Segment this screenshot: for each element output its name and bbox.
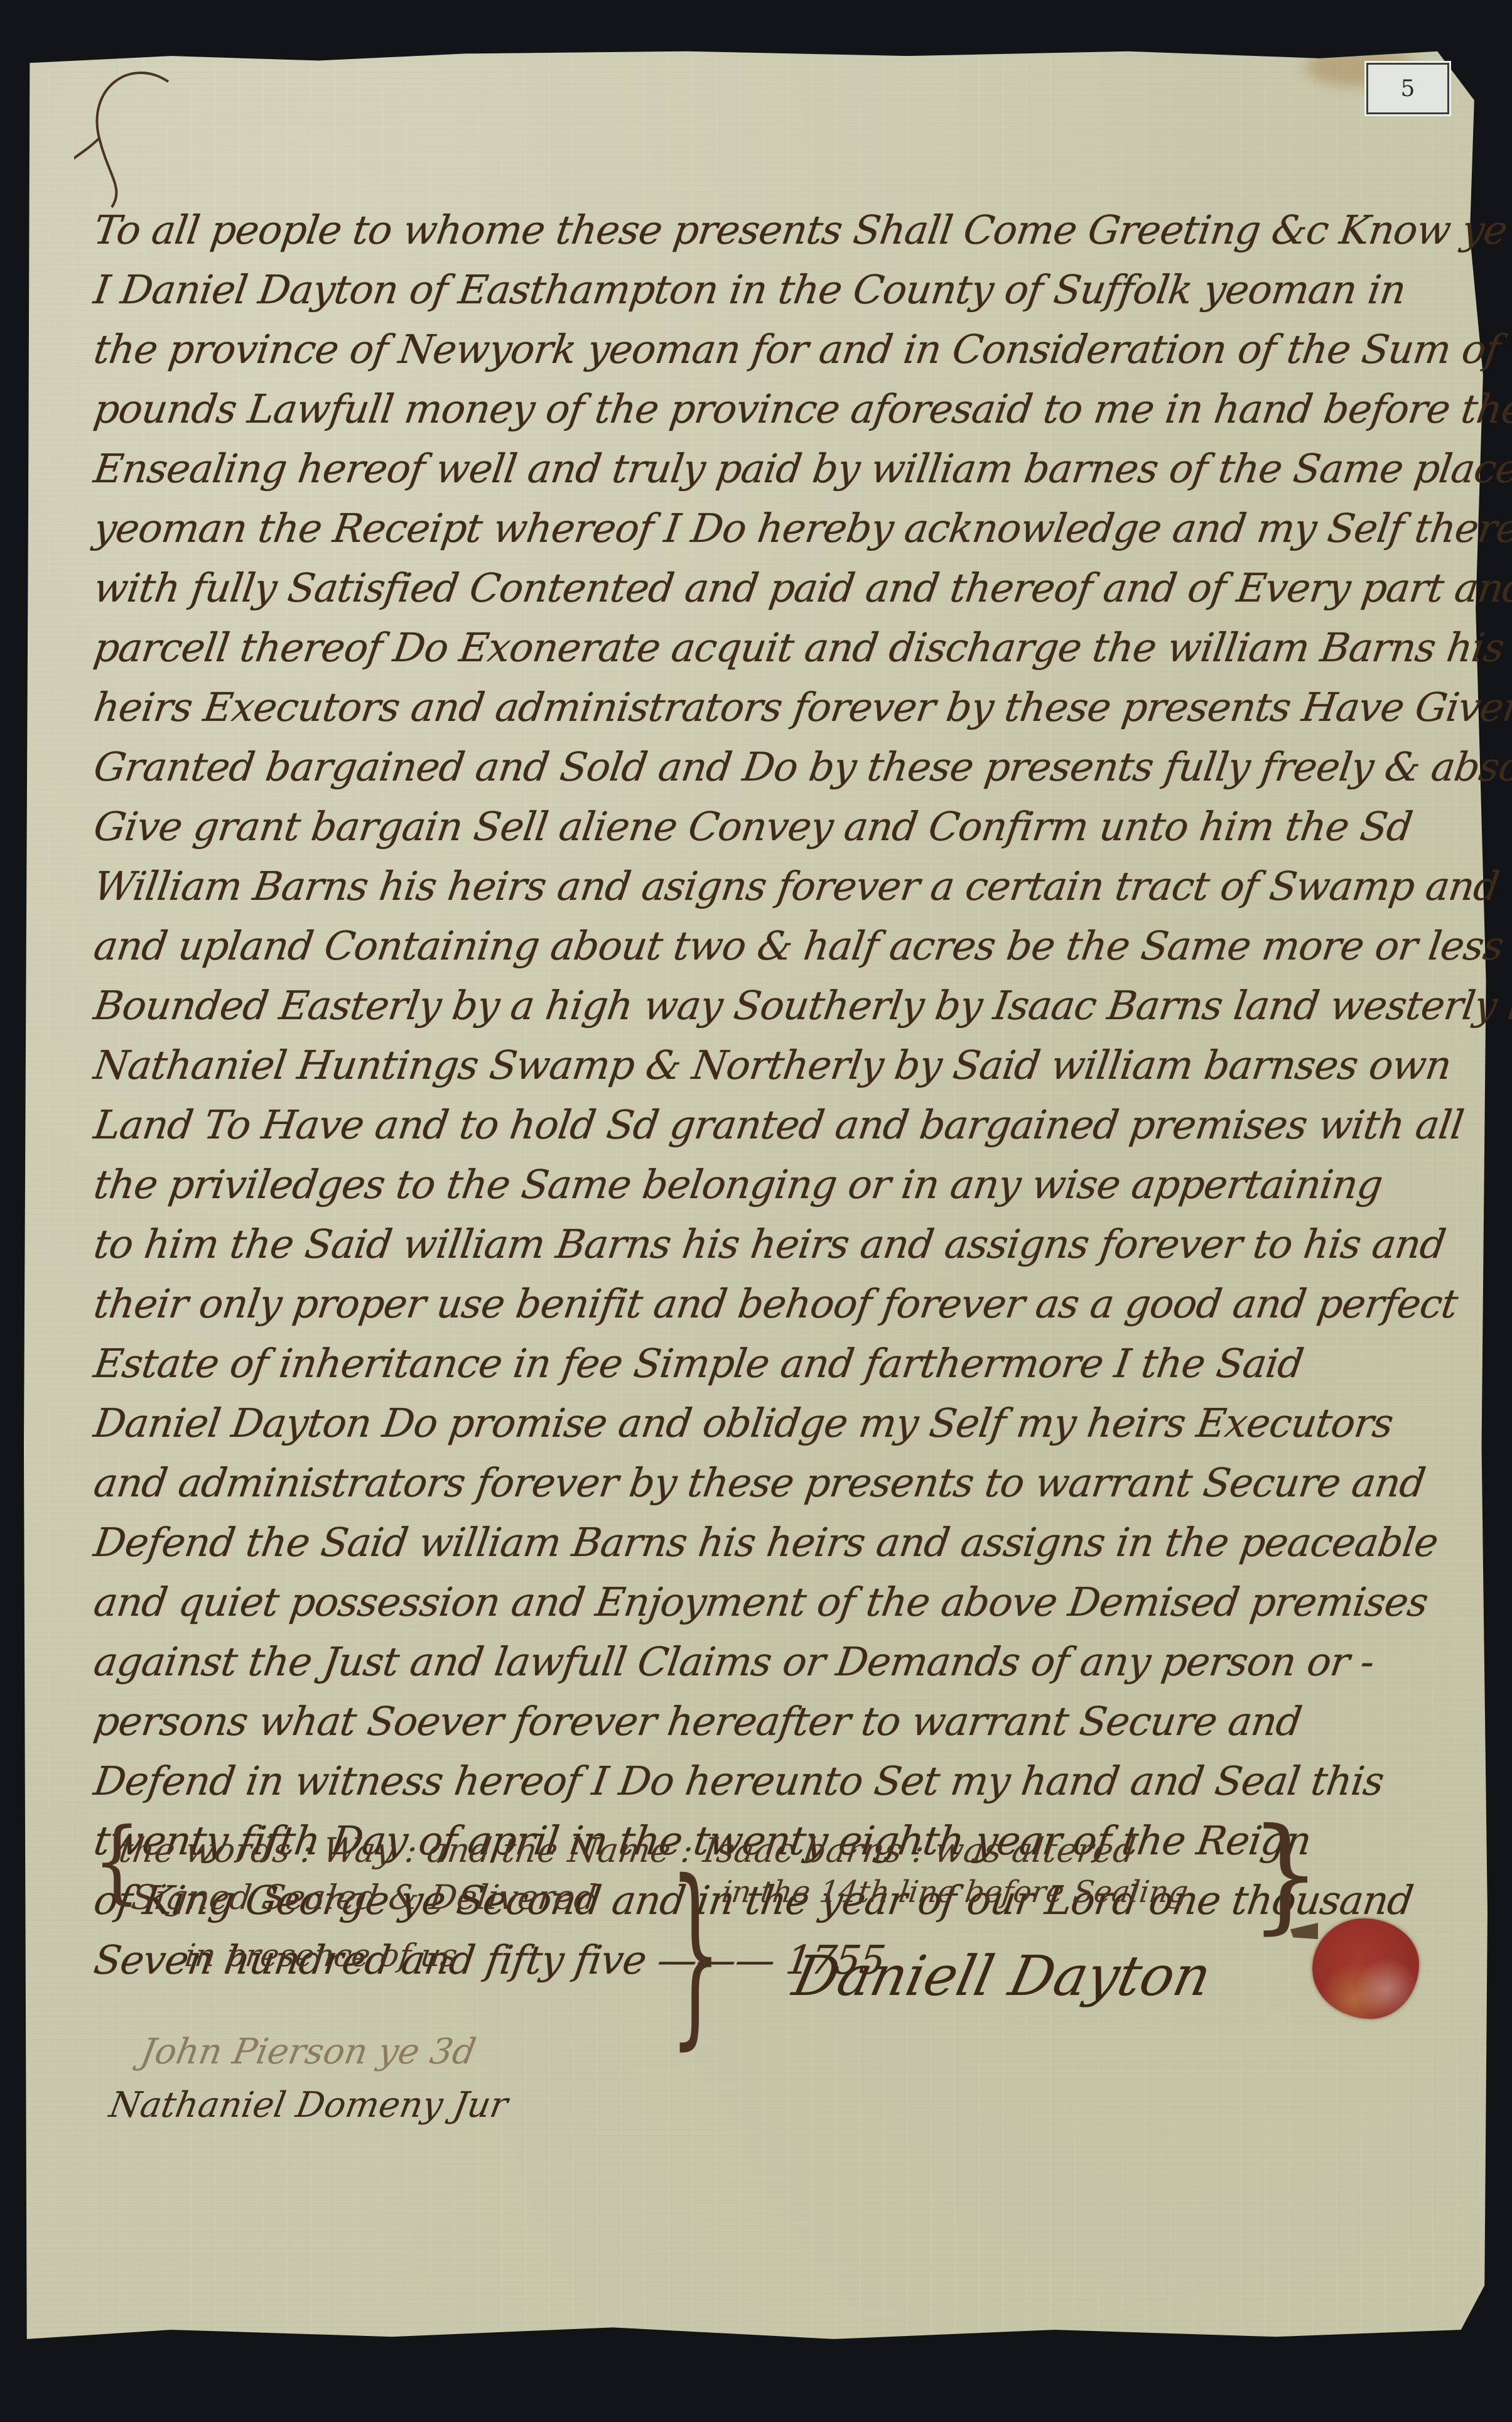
body-line: Estate of inheritance in fee Simple and … (91, 1341, 1306, 1387)
alteration-note-line-2: in the 14th line before Sealing (720, 1874, 1191, 1910)
body-line: William Barns his heirs and asigns forev… (91, 863, 1502, 909)
body-line: parcell thereof Do Exonerate acquit and … (91, 625, 1507, 671)
alteration-note-line-1: the words : Way : and the Name : Isaac b… (117, 1830, 1138, 1870)
grantor-signature: Daniell Dayton (787, 1944, 1217, 2008)
body-line: their only proper use benifit and behoof… (91, 1281, 1460, 1327)
body-line: yeoman the Receipt whereof I Do hereby a… (91, 505, 1512, 551)
body-line: Bounded Easterly by a high way Southerly… (91, 983, 1512, 1029)
body-line: heirs Executors and administrators forev… (91, 684, 1512, 730)
body-line: the priviledges to the Same belonging or… (91, 1162, 1385, 1208)
witness-signature-1: John Pierson ye 3d (138, 2031, 478, 2072)
body-line: Granted bargained and Sold and Do by the… (91, 744, 1512, 790)
witness-signature-2: Nathaniel Domeny Jur (106, 2085, 510, 2126)
body-line: To all people to whome these presents Sh… (91, 207, 1512, 253)
opening-flourish-icon (74, 63, 175, 226)
attestation-line-1: Signed Sealed & Delivered (129, 1878, 599, 1917)
body-line: Land To Have and to hold Sd granted and … (91, 1102, 1466, 1148)
folio-number-label: 5 (1366, 63, 1449, 114)
body-line: Ensealing hereof well and truly paid by … (91, 446, 1512, 492)
witness-brace-icon: } (669, 1840, 721, 2067)
body-line: and quiet possession and Enjoyment of th… (91, 1579, 1430, 1625)
body-line: Defend the Said william Barns his heirs … (91, 1520, 1440, 1565)
body-line: with fully Satisfied Contented and paid … (91, 565, 1512, 611)
attestation-line-2: in presence of us (183, 1937, 460, 1974)
body-line: and upland Containing about two & half a… (91, 923, 1506, 969)
body-line: Nathaniel Huntings Swamp & Northerly by … (91, 1042, 1454, 1088)
body-line: to him the Said william Barns his heirs … (91, 1221, 1448, 1267)
body-line: against the Just and lawfull Claims or D… (91, 1639, 1377, 1685)
body-line: Daniel Dayton Do promise and oblidge my … (91, 1400, 1396, 1446)
folio-number: 5 (1401, 76, 1415, 102)
body-line: and administrators forever by these pres… (91, 1460, 1428, 1506)
body-line: I Daniel Dayton of Easthampton in the Co… (91, 267, 1408, 313)
body-line: pounds Lawfull money of the province afo… (91, 386, 1512, 432)
body-line: persons what Soever forever hereafter to… (91, 1699, 1304, 1744)
body-line: Defend in witness hereof I Do hereunto S… (91, 1758, 1386, 1804)
body-line: the province of Newyork yeoman for and i… (91, 327, 1512, 372)
body-line: Give grant bargain Sell aliene Convey an… (91, 804, 1415, 850)
